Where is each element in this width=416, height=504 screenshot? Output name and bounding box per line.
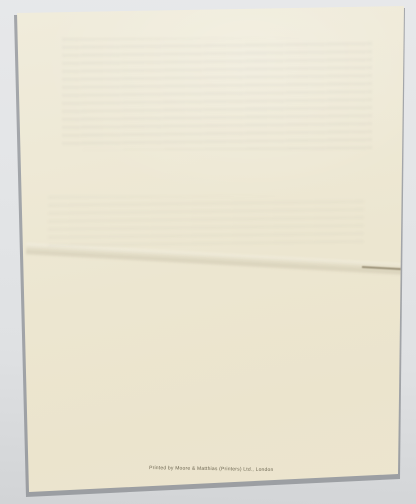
photo-background: Printed by Moore & Matthias (Printers) L… bbox=[0, 0, 416, 504]
fold-crease bbox=[26, 243, 410, 276]
printer-imprint: Printed by Moore & Matthias (Printers) L… bbox=[149, 465, 273, 473]
paper-sheet: Printed by Moore & Matthias (Printers) L… bbox=[0, 0, 416, 504]
text-bleed-through-upper bbox=[62, 38, 372, 150]
text-bleed-through-lower bbox=[48, 196, 364, 248]
imprint-row: Printed by Moore & Matthias (Printers) L… bbox=[0, 458, 416, 476]
